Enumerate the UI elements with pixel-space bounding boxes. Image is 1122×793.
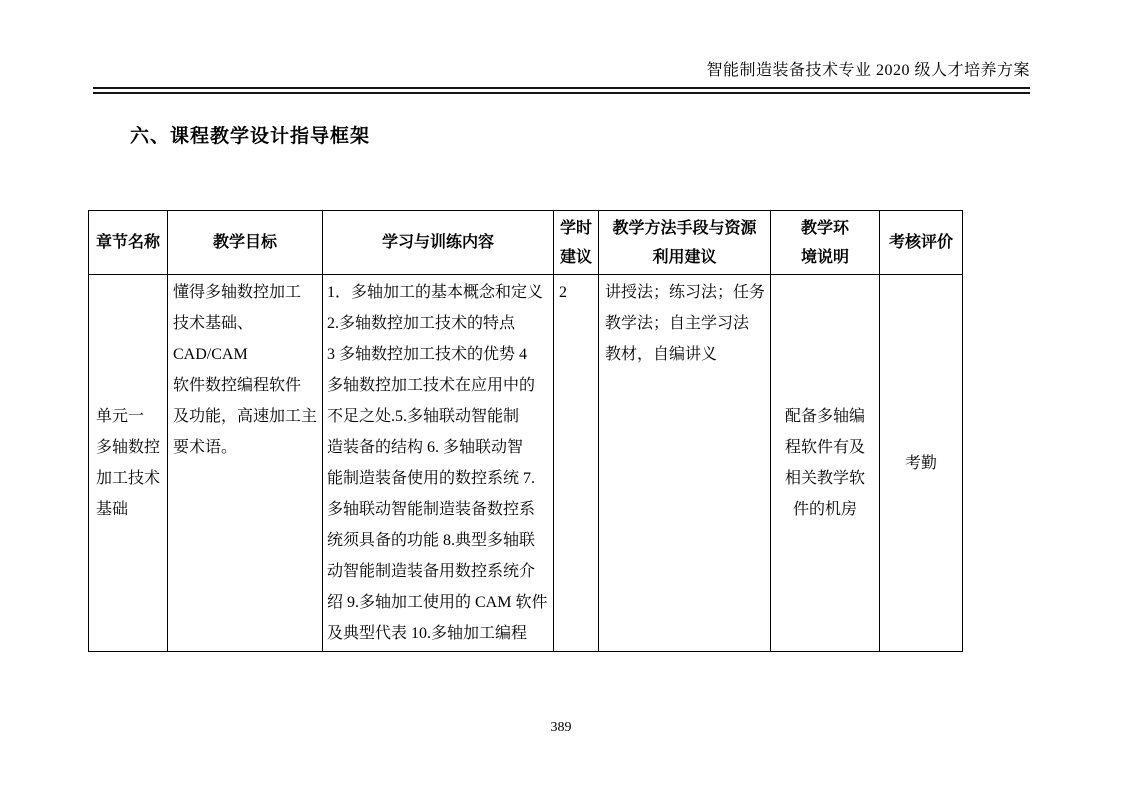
col-header-content: 学习与训练内容 [323,211,554,275]
cell-chapter-name: 单元一 多轴数控 加工技术 基础 [89,275,168,652]
cell-training-content: 1．多轴加工的基本概念和定义 2.多轴数控加工技术的特点 3 多轴数控加工技术的… [323,275,554,652]
course-design-table: 章节名称 教学目标 学习与训练内容 学时 建议 教学方法手段与资源 利用建议 教… [88,210,963,652]
cell-teaching-methods: 讲授法；练习法；任务 教学法；自主学习法 教材，自编讲义 [599,275,771,652]
col-header-chapter: 章节名称 [89,211,168,275]
cell-teaching-environment: 配备多轴编 程软件有及 相关教学软 件的机房 [771,275,880,652]
col-header-environment: 教学环 境说明 [771,211,880,275]
col-header-assessment: 考核评价 [880,211,963,275]
cell-assessment: 考勤 [880,275,963,652]
section-title: 六、课程教学设计指导框架 [130,121,370,148]
cell-suggested-hours: 2 [554,275,599,652]
header-double-rule [93,87,1030,94]
col-header-hours: 学时 建议 [554,211,599,275]
col-header-objective: 教学目标 [168,211,323,275]
table-header-row: 章节名称 教学目标 学习与训练内容 学时 建议 教学方法手段与资源 利用建议 教… [89,211,963,275]
cell-teaching-objective: 懂得多轴数控加工 技术基础、CAD/CAM 软件数控编程软件 及功能，高速加工主… [168,275,323,652]
table-row: 单元一 多轴数控 加工技术 基础 懂得多轴数控加工 技术基础、CAD/CAM 软… [89,275,963,652]
document-page: 智能制造装备技术专业 2020 级人才培养方案 六、课程教学设计指导框架 章节名… [0,0,1122,793]
running-header-title: 智能制造装备技术专业 2020 级人才培养方案 [706,57,1030,80]
page-number: 389 [0,720,1122,736]
col-header-methods: 教学方法手段与资源 利用建议 [599,211,771,275]
